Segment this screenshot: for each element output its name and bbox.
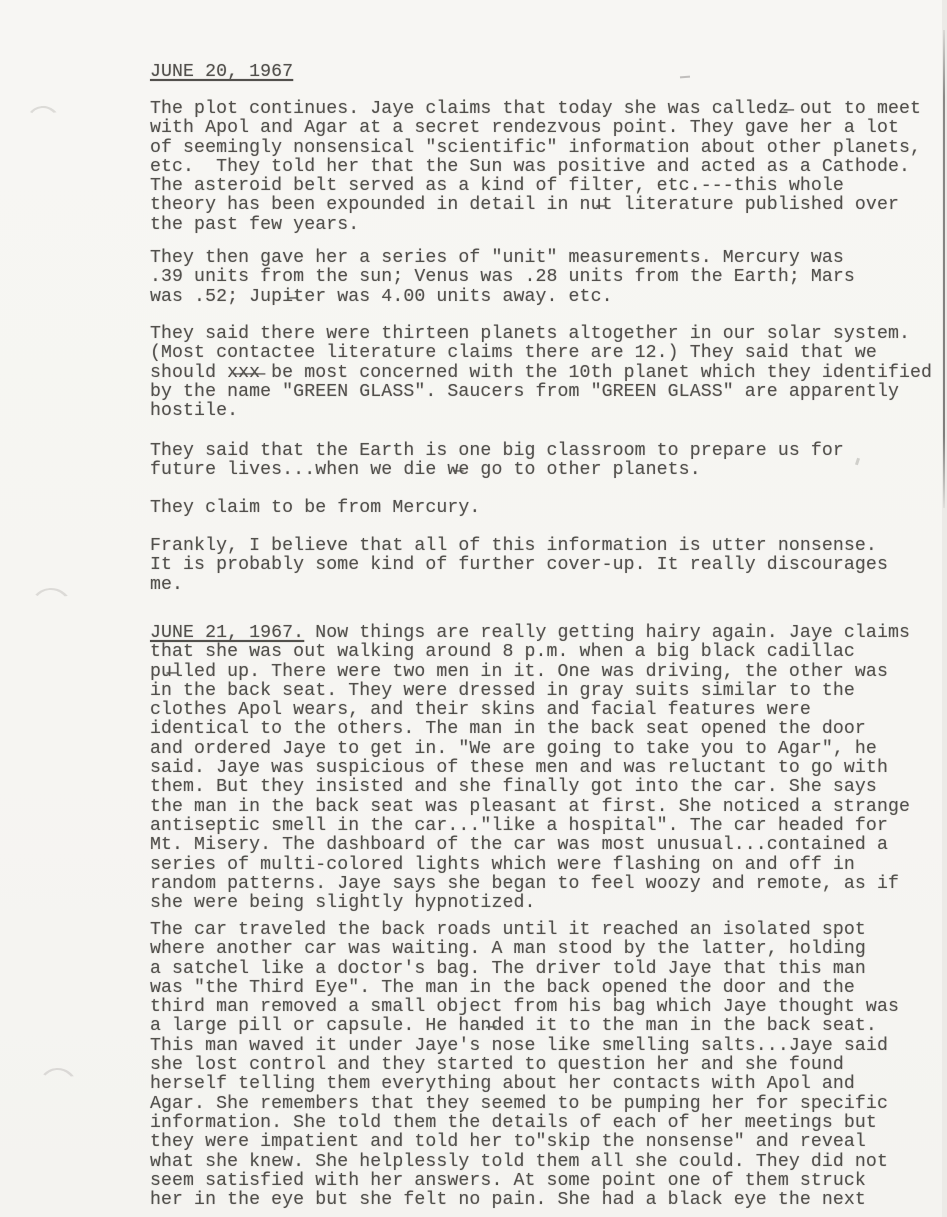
scan-edge-line <box>943 30 945 508</box>
typewritten-page: JUNE 20, 1967 The plot continues. Jaye c… <box>0 0 947 1217</box>
pencil-mark <box>27 586 73 613</box>
entry-paragraph-text: Now things are really getting hairy agai… <box>150 623 910 913</box>
entry-paragraph: The car traveled the back roads until it… <box>150 921 899 1210</box>
entry-paragraph: They said there were thirteen planets al… <box>150 325 932 421</box>
entry-date-heading: JUNE 20, 1967 <box>150 63 293 82</box>
entry-paragraph: They said that the Earth is one big clas… <box>150 442 844 481</box>
pencil-mark <box>35 1066 79 1093</box>
pencil-mark <box>23 104 61 128</box>
entry-paragraph: JUNE 21, 1967. Now things are really get… <box>150 624 910 913</box>
entry-date-heading: JUNE 21, 1967. <box>150 623 304 643</box>
entry-paragraph: Frankly, I believe that all of this info… <box>150 537 888 595</box>
entry-paragraph: The plot continues. Jaye claims that tod… <box>150 100 921 235</box>
scan-speck <box>680 76 690 79</box>
entry-paragraph: They claim to be from Mercury. <box>150 499 480 518</box>
entry-paragraph: They then gave her a series of "unit" me… <box>150 249 855 307</box>
scan-speck <box>855 458 860 466</box>
